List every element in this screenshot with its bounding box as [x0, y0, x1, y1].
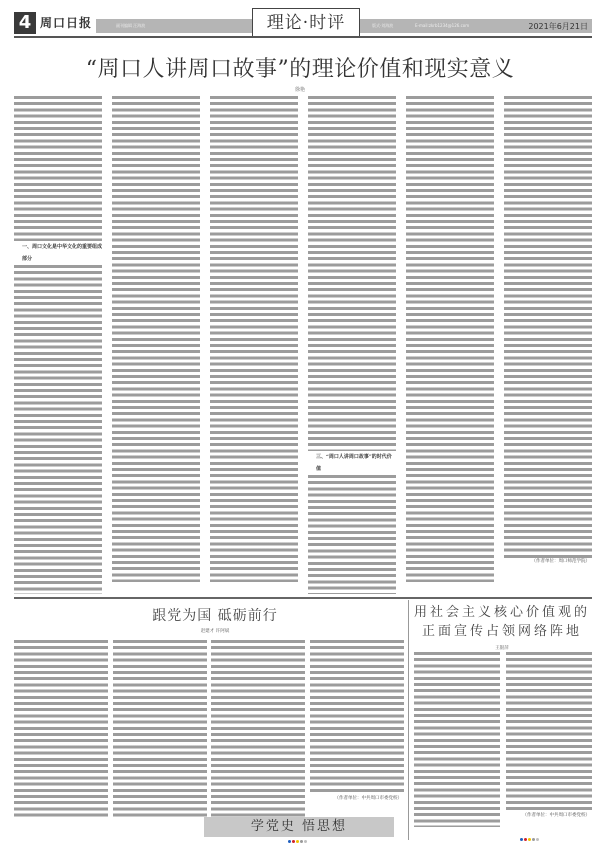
author-credit: （作者单位：周口师范学院） [504, 558, 592, 566]
body-column: （作者单位：中共周口市委党校） [310, 640, 404, 820]
decorative-dots [288, 840, 307, 843]
body-column: （作者单位：中共周口市委党校） [506, 652, 592, 827]
illegible-text-block [406, 96, 494, 582]
body-column: （作者单位：周口师范学院） [504, 96, 592, 582]
illegible-text-block [414, 652, 500, 827]
illegible-text-block [504, 96, 592, 558]
article-3-title: 用社会主义核心价值观的 正面宣传占领网络阵地 [412, 603, 592, 641]
article-2-body: （作者单位：中共周口市委党校） [14, 640, 404, 820]
article-3-body: （作者单位：中共周口市委党校） [414, 652, 592, 827]
illegible-text-block [308, 96, 396, 451]
illegible-text-block [210, 96, 298, 582]
illegible-text-block [310, 640, 404, 795]
issue-date: 2021年6月21日 [528, 21, 588, 32]
paper-name: 周口日报 [40, 14, 92, 31]
layout-editor: 版式·刘海波 [372, 23, 393, 29]
section-subhead: 三、“周口人讲周口故事”的时代价值 [308, 451, 396, 475]
header-bar-left: 副刊编辑 汪海波 [96, 19, 252, 33]
body-column [414, 652, 500, 827]
illegible-text-block [211, 640, 305, 820]
main-article-title: “周口人讲周口故事”的理论价值和现实意义 [0, 52, 600, 83]
illegible-text-block [506, 652, 592, 812]
email-line: E-mail:zkrb1234@126.com [415, 23, 469, 28]
article-2-byline: 赵建才 许阿斌 [30, 628, 400, 634]
body-column: 三、“周口人讲周口故事”的时代价值 [308, 96, 396, 582]
author-credit: （作者单位：中共周口市委党校） [506, 812, 592, 820]
column-divider [408, 600, 409, 840]
body-column [113, 640, 207, 820]
editor-line: 副刊编辑 汪海波 [116, 23, 145, 29]
illegible-text-block [308, 475, 396, 594]
body-column [210, 96, 298, 582]
section-subhead: 一、周口文化是中华文化的重要组成部分 [14, 241, 102, 265]
main-article-body: 一、周口文化是中华文化的重要组成部分 三、“周口人讲周口故事”的时代价值 （作者… [14, 96, 592, 582]
header-rule [14, 36, 592, 38]
header-bar-right: 版式·刘海波 E-mail:zkrb1234@126.com 2021年6月21… [360, 19, 592, 33]
article-3-byline: 王银萍 [412, 645, 592, 651]
article-2-title: 跟党为国 砥砺前行 [30, 605, 400, 625]
main-article-byline: 徐艳 [0, 86, 600, 93]
body-column: 一、周口文化是中华文化的重要组成部分 [14, 96, 102, 582]
body-column [14, 640, 108, 820]
decorative-dots [520, 838, 539, 841]
slogan-banner: 学党史 悟思想 [204, 817, 394, 837]
body-column [406, 96, 494, 582]
masthead: 4 周口日报 副刊编辑 汪海波 理论·时评 版式·刘海波 E-mail:zkrb… [14, 8, 592, 36]
illegible-text-block [14, 265, 102, 594]
article-3-title-line-1: 用社会主义核心价值观的 [412, 603, 592, 622]
section-divider [14, 597, 592, 599]
illegible-text-block [112, 96, 200, 582]
illegible-text-block [14, 96, 102, 241]
illegible-text-block [14, 640, 108, 820]
body-column [112, 96, 200, 582]
body-column [211, 640, 305, 820]
illegible-text-block [113, 640, 207, 820]
section-title: 理论·时评 [252, 8, 360, 36]
article-3-title-line-2: 正面宣传占领网络阵地 [412, 622, 592, 641]
author-credit: （作者单位：中共周口市委党校） [310, 795, 404, 803]
page-number: 4 [14, 12, 36, 34]
